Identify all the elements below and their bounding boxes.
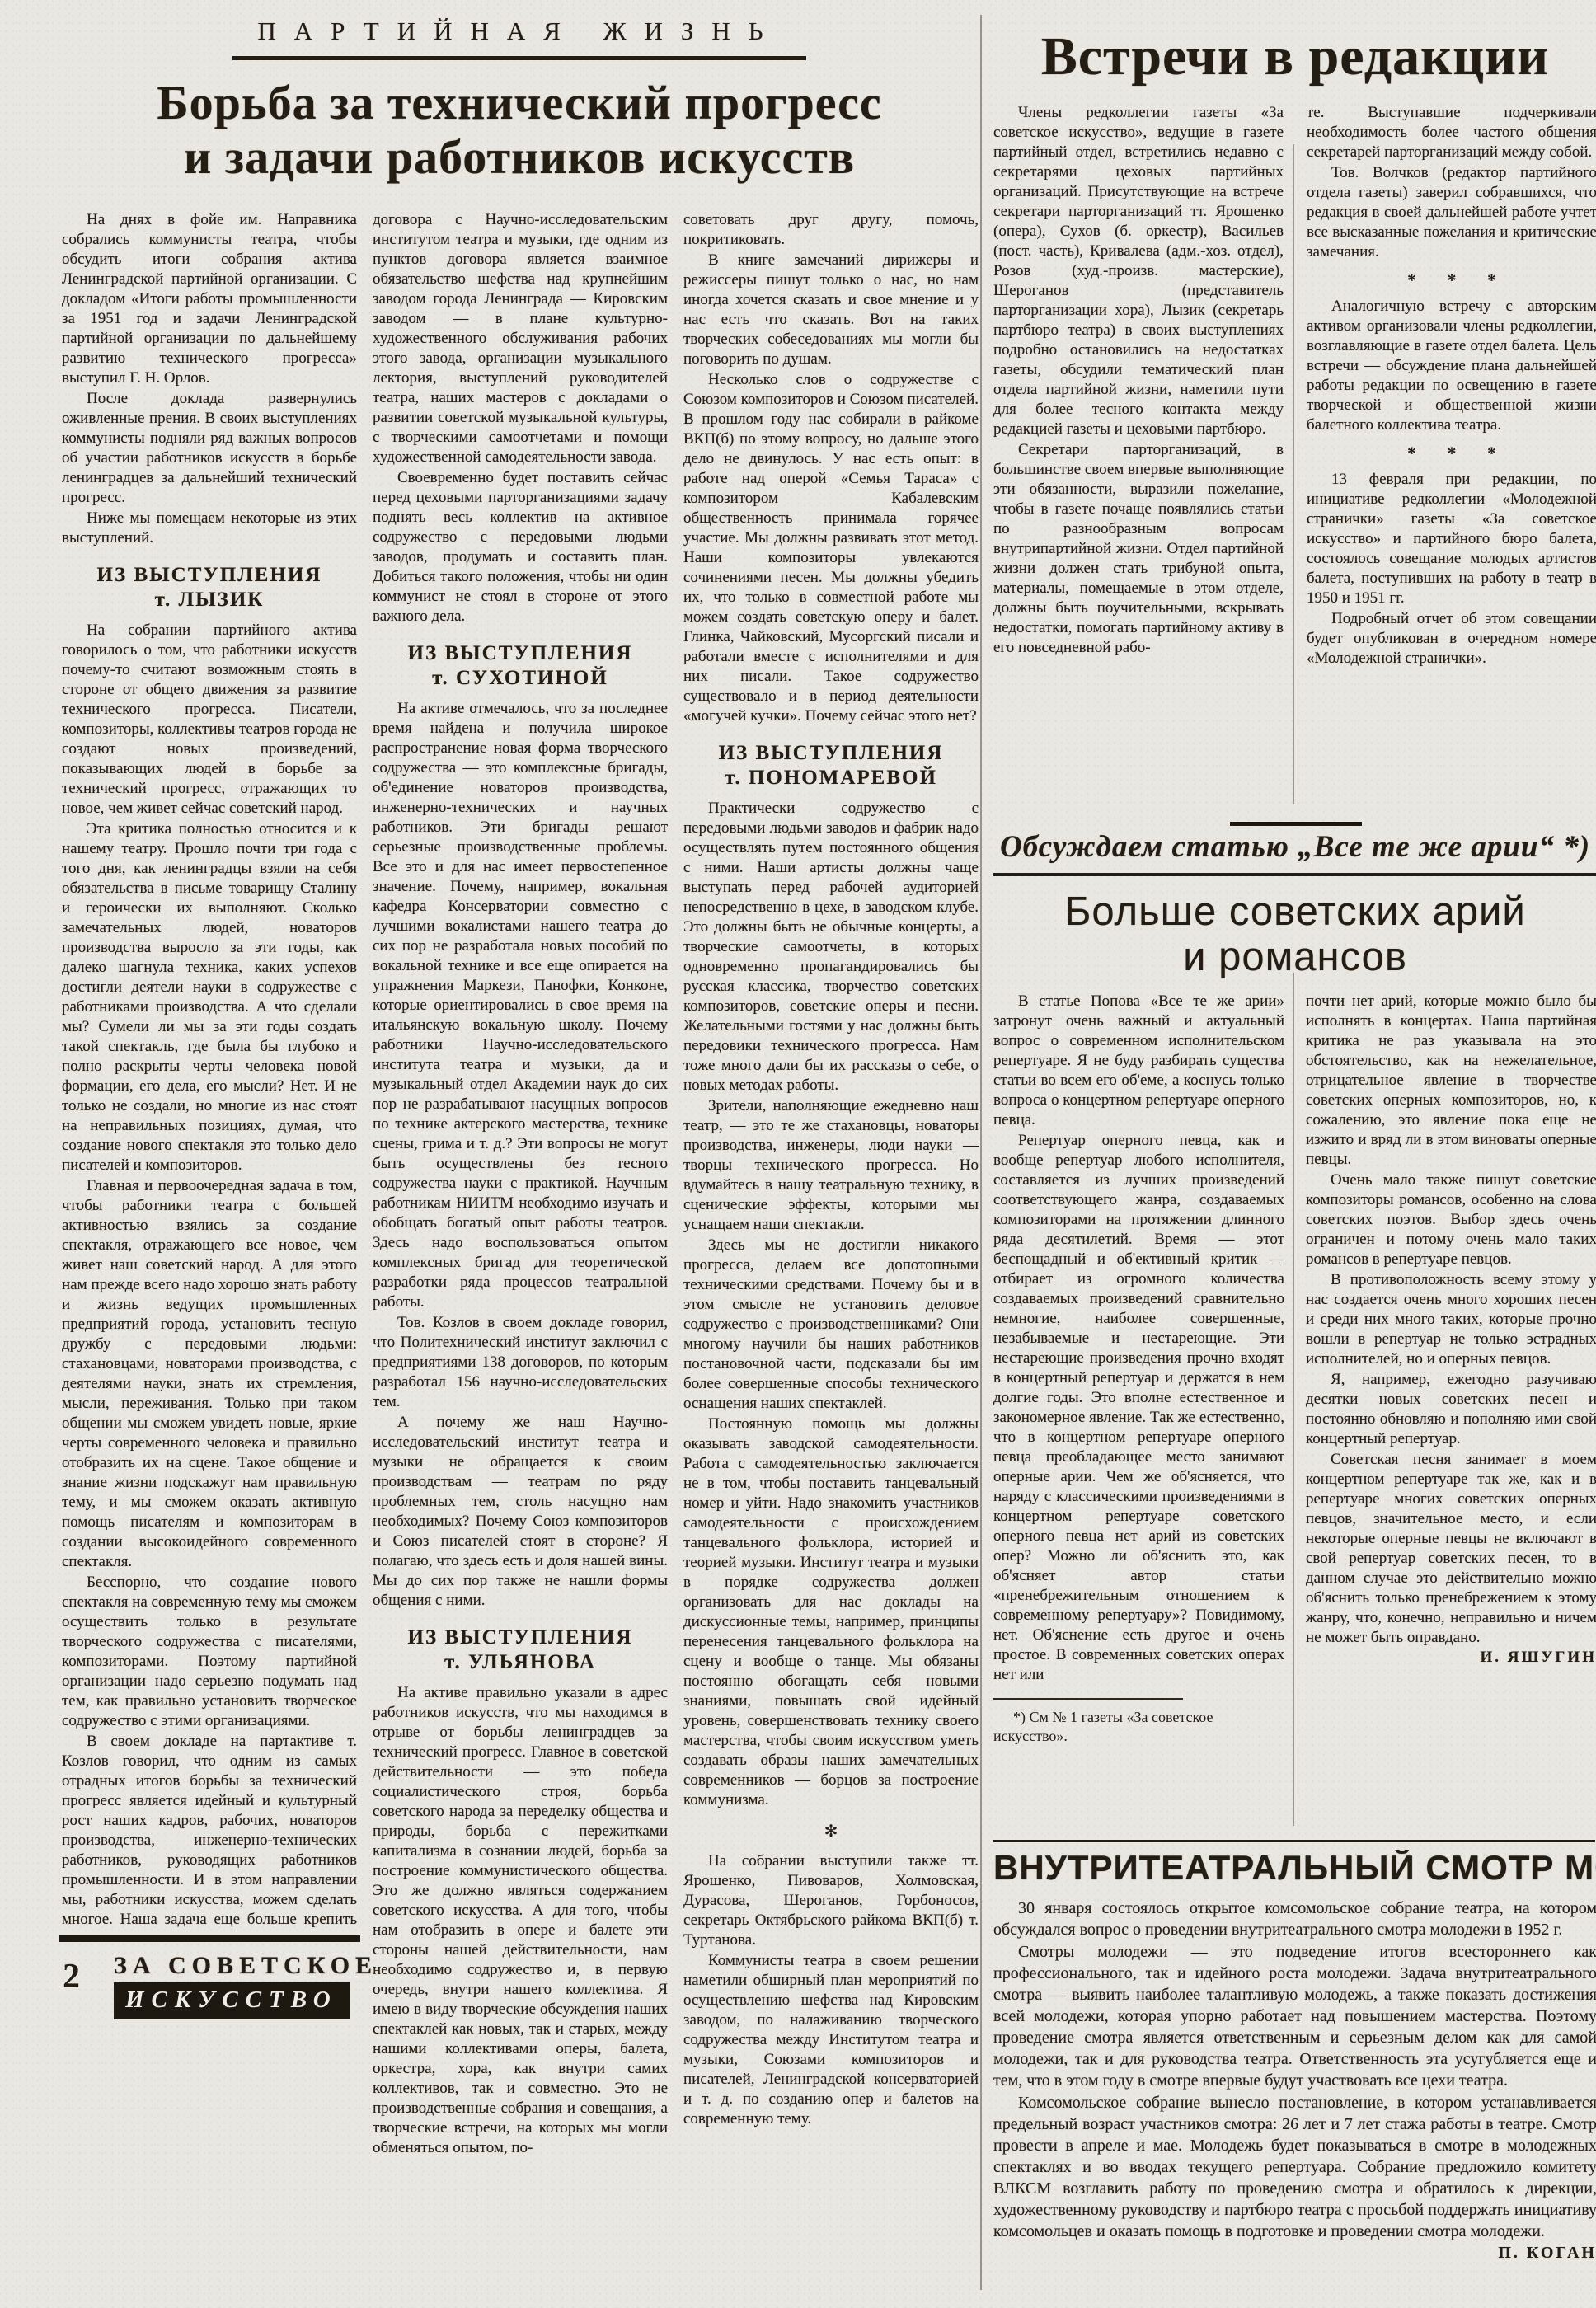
paragraph: Постоянную помощь мы должны оказывать за… — [683, 1414, 979, 1810]
arias-column-2: почти нет арий, которые можно было бы ис… — [1306, 992, 1596, 1746]
arias-columns: В статье Попова «Все те же арии» затрону… — [993, 992, 1596, 1746]
paragraph: Репертуар оперного певца, как и вообще р… — [993, 1131, 1284, 1685]
paragraph: Практически содружество с передовыми люд… — [683, 799, 979, 1095]
paragraph: Смотры молодежи — это подведение итогов … — [993, 1941, 1596, 2091]
arias-column-1: В статье Попова «Все те же арии» затрону… — [993, 992, 1284, 1746]
paragraph: На собрании партийного актива говорилось… — [62, 621, 357, 819]
newspaper-logo: ЗА СОВЕТСКОЕ ИСКУССТВО — [114, 1952, 378, 2019]
paragraph: Я, например, ежегодно разучиваю десятки … — [1306, 1370, 1596, 1449]
article-divider — [1230, 822, 1362, 826]
footnote: *) См № 1 газеты «За советское искусство… — [993, 1708, 1284, 1746]
article-meetings: Встречи в редакции Члены редколлегии газ… — [993, 25, 1596, 820]
paragraph: В противоположность всему этому у нас со… — [1306, 1270, 1596, 1369]
paragraph: договора с Научно-исследовательским инст… — [373, 210, 668, 467]
party-life-column-1: На днях в фойе им. Направника собрались … — [62, 210, 357, 1930]
meetings-columns: Члены редколлегии газеты «За советское и… — [993, 103, 1596, 668]
paragraph: советовать друг другу, помочь, покритико… — [683, 210, 979, 250]
stars-divider: * * * — [1307, 270, 1596, 290]
paragraph: Здесь мы не достигли никакого прогресса,… — [683, 1236, 979, 1414]
paragraph: Эта критика полностью относится и к наше… — [62, 819, 357, 1175]
paragraph: В статье Попова «Все те же арии» затрону… — [993, 992, 1284, 1130]
paragraph: почти нет арий, которые можно было бы ис… — [1306, 992, 1596, 1170]
newspaper-page: ПАРТИЙНАЯ ЖИЗНЬ Борьба за технический пр… — [0, 0, 1596, 2308]
paragraph: А почему же наш Научно-исследовательский… — [373, 1413, 668, 1611]
speech-subhead: ИЗ ВЫСТУПЛЕНИЯ т. ПОНОМАРЕВОЙ — [683, 741, 979, 790]
section-kicker: ПАРТИЙНАЯ ЖИЗНЬ — [232, 16, 805, 60]
signature: П. КОГАН — [1483, 2242, 1596, 2263]
paragraph: Своевременно будет поставить сейчас пере… — [373, 468, 668, 626]
paragraph: Зрители, наполняющие ежедневно наш театр… — [683, 1096, 979, 1235]
paragraph: те. Выступавшие подчеркивали необходимос… — [1307, 103, 1596, 162]
meetings-column-2: те. Выступавшие подчеркивали необходимос… — [1307, 103, 1596, 668]
party-life-column-3: советовать друг другу, помочь, покритико… — [683, 210, 979, 2129]
party-life-columns: На днях в фойе им. Направника собрались … — [62, 210, 979, 2158]
masthead-rule — [59, 1935, 360, 1942]
paragraph: На активе отмечалось, что за последнее в… — [373, 699, 668, 1312]
signature: И. ЯШУГИН — [1466, 1648, 1596, 1668]
paragraph: Комсомольское собрание вынесло постановл… — [993, 2092, 1596, 2242]
youth-body: 30 января состоялось открытое комсомольс… — [993, 1898, 1596, 2242]
stars-divider: * * * — [1307, 443, 1596, 463]
article-arias: Обсуждаем статью „Все те же арии“ *) Бол… — [993, 829, 1596, 1840]
dinkus-ornament: ✻ — [683, 1822, 979, 1841]
paragraph: Коммунисты театра в своем решении намети… — [683, 1951, 979, 2129]
paragraph: Тов. Волчков (редактор партийного отдела… — [1307, 163, 1596, 262]
paragraph: Аналогичную встречу с авторским активом … — [1307, 297, 1596, 435]
paragraph: Очень мало также пишут советские компози… — [1306, 1170, 1596, 1269]
paragraph: На активе правильно указали в адрес рабо… — [373, 1683, 668, 2158]
paragraph: Ниже мы помещаем некоторые из этих высту… — [62, 509, 357, 548]
youth-headline: ВНУТРИТЕАТРАЛЬНЫЙ СМОТР МОЛОДЕЖИ — [993, 1850, 1596, 1886]
column-rule-main — [980, 15, 982, 2290]
section-kicker-wrap: ПАРТИЙНАЯ ЖИЗНЬ — [62, 16, 977, 60]
paragraph: В книге замечаний дирижеры и режиссеры п… — [683, 251, 979, 369]
party-life-column-2: договора с Научно-исследовательским инст… — [373, 210, 668, 2158]
paragraph: Тов. Козлов в своем докладе говорил, что… — [373, 1313, 668, 1412]
youth-article-rule — [993, 1840, 1595, 1842]
paragraph: Члены редколлегии газеты «За советское и… — [993, 103, 1284, 439]
paragraph: Несколько слов о содружестве с Союзом ко… — [683, 370, 979, 726]
paragraph: На собрании выступили также тт. Ярошенко… — [683, 1851, 979, 1950]
arias-headline: Больше советских арий и романсов — [993, 889, 1596, 980]
speech-subhead: ИЗ ВЫСТУПЛЕНИЯ т. УЛЬЯНОВА — [373, 1625, 668, 1675]
paragraph: 13 февраля при редакции, по инициативе р… — [1307, 470, 1596, 608]
logo-line-2: ИСКУССТВО — [114, 1982, 350, 2019]
paragraph: На днях в фойе им. Направника собрались … — [62, 210, 357, 388]
meetings-column-1: Члены редколлегии газеты «За советское и… — [993, 103, 1284, 668]
paragraph: Бесспорно, что создание нового спектакля… — [62, 1573, 357, 1731]
main-headline: Борьба за технический прогресс и задачи … — [62, 76, 977, 185]
paragraph: После доклада развернулись оживленные пр… — [62, 389, 357, 508]
footnote-rule — [993, 1698, 1183, 1700]
arias-kicker: Обсуждаем статью „Все те же арии“ *) — [993, 829, 1596, 876]
paragraph: Главная и первоочередная задача в том, ч… — [62, 1176, 357, 1572]
logo-line-1: ЗА СОВЕТСКОЕ — [114, 1952, 378, 1980]
paragraph: Подробный отчет об этом совещании будет … — [1307, 609, 1596, 668]
meetings-headline: Встречи в редакции — [993, 28, 1596, 85]
speech-subhead: ИЗ ВЫСТУПЛЕНИЯ т. ЛЫЗИК — [62, 563, 357, 612]
paragraph: 30 января состоялось открытое комсомольс… — [993, 1898, 1596, 1940]
article-youth-review: ВНУТРИТЕАТРАЛЬНЫЙ СМОТР МОЛОДЕЖИ 30 янва… — [993, 1850, 1596, 2301]
speech-subhead: ИЗ ВЫСТУПЛЕНИЯ т. СУХОТИНОЙ — [373, 641, 668, 691]
page-number: 2 — [63, 1957, 80, 1996]
paragraph: Секретари парторганизаций, в большинстве… — [993, 440, 1284, 658]
paragraph: В своем докладе на партактиве т. Козлов … — [62, 1732, 357, 1930]
paragraph: Советская песня занимает в моем концертн… — [1306, 1450, 1596, 1648]
